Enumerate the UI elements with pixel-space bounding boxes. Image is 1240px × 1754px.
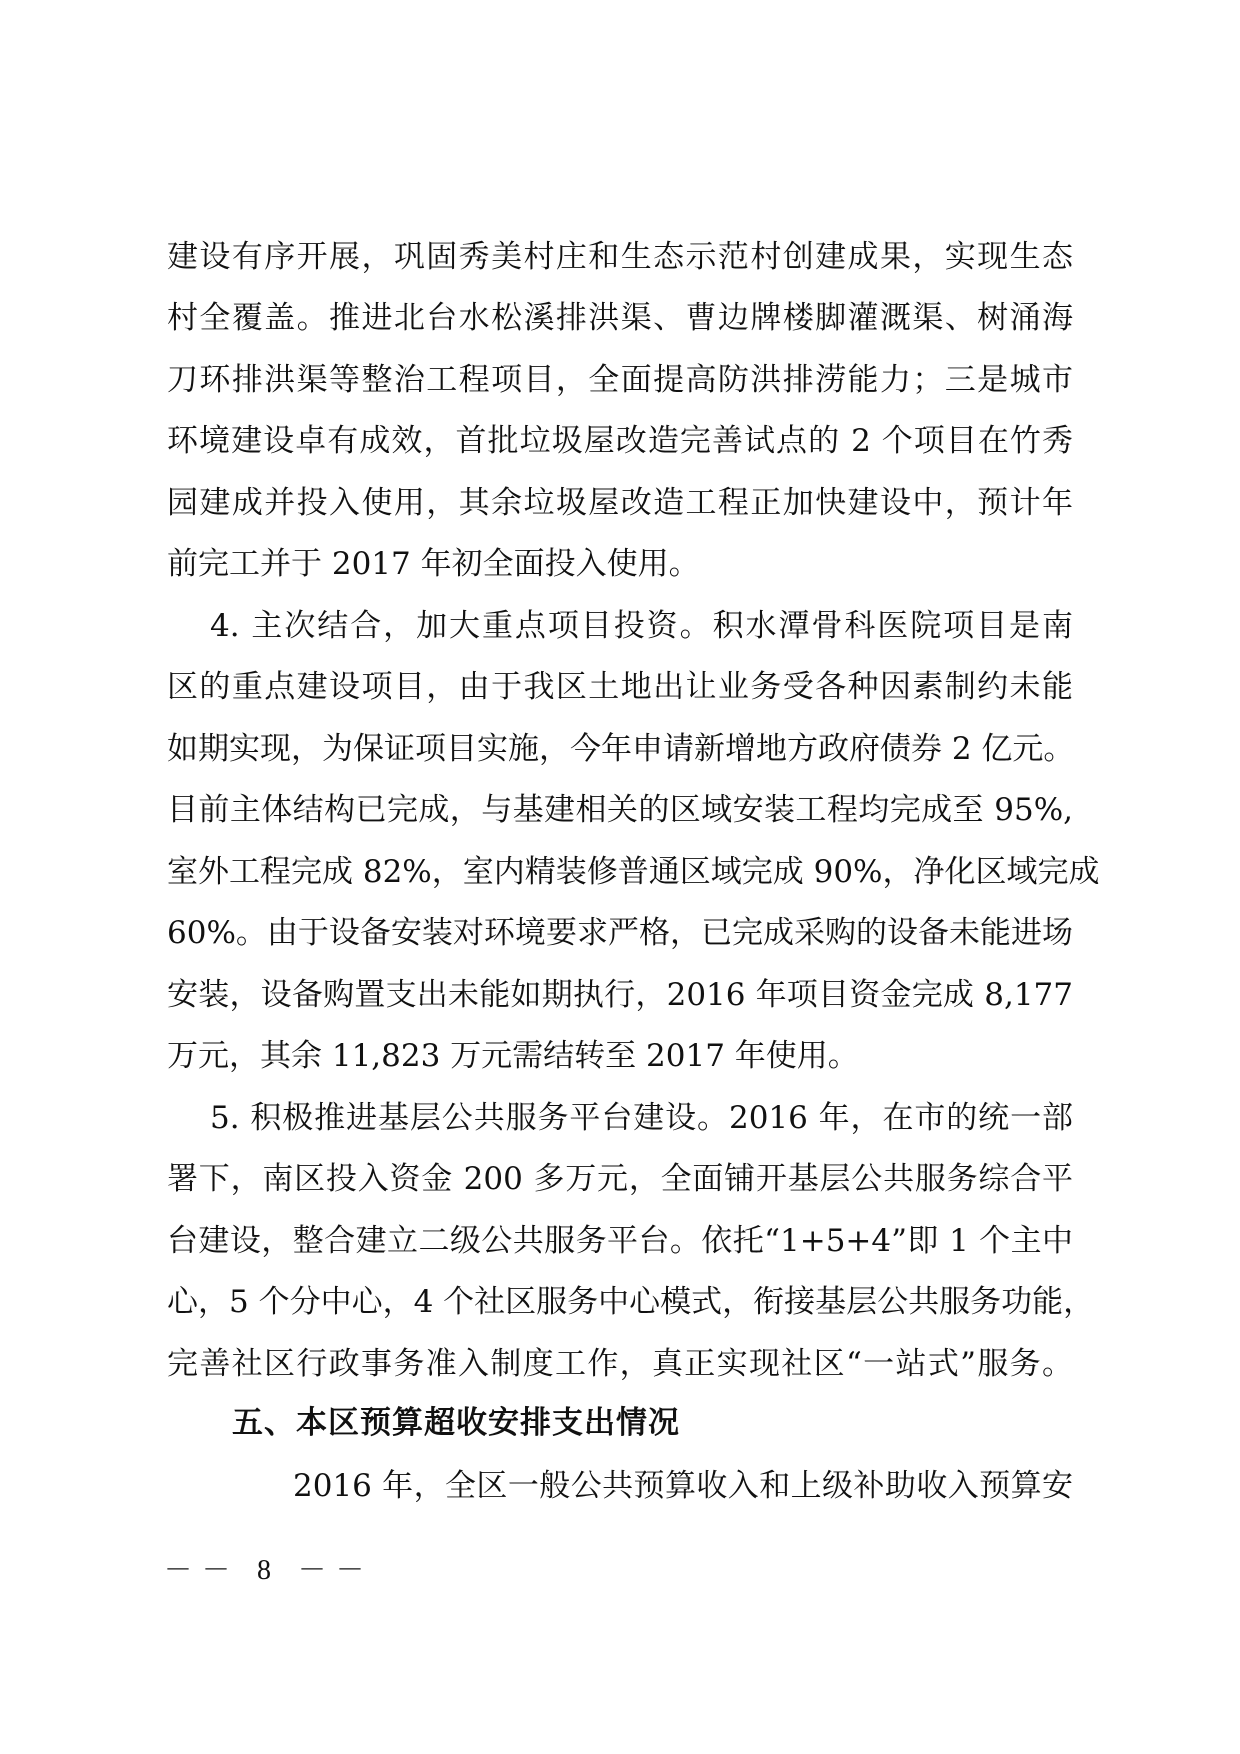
text-line: 区的重点建设项目，由于我区土地出让业务受各种因素制约未能 <box>167 667 1073 707</box>
text-line: 万元，其余 11,823 万元需结转至 2017 年使用。 <box>167 1036 1073 1076</box>
document-page: 建设有序开展，巩固秀美村庄和生态示范村创建成果，实现生态 村全覆盖。推进北台水松… <box>0 0 1240 1754</box>
text-line: 园建成并投入使用，其余垃圾屋改造工程正加快建设中，预计年 <box>167 483 1073 523</box>
page-number: －－ 8 －－ <box>164 1556 374 1586</box>
section-heading: 五、本区预算超收安排支出情况 <box>232 1403 680 1443</box>
text-line: 5. 积极推进基层公共服务平台建设。2016 年，在市的统一部 <box>210 1098 1073 1138</box>
text-line: 前完工并于 2017 年初全面投入使用。 <box>167 544 1073 584</box>
text-line: 目前主体结构已完成，与基建相关的区域安装工程均完成至 95%, <box>167 790 1073 830</box>
text-line: 台建设，整合建立二级公共服务平台。依托“1+5+4”即 1 个主中 <box>167 1221 1073 1261</box>
text-line: 2016 年，全区一般公共预算收入和上级补助收入预算安 <box>293 1466 1073 1506</box>
text-line: 如期实现，为保证项目实施，今年申请新增地方政府债券 2 亿元。 <box>167 729 1073 769</box>
text-line: 刀环排洪渠等整治工程项目，全面提高防洪排涝能力；三是城市 <box>167 360 1073 400</box>
text-line: 心，5 个分中心，4 个社区服务中心模式，衔接基层公共服务功能， <box>167 1282 1073 1322</box>
text-line: 安装，设备购置支出未能如期执行，2016 年项目资金完成 8,177 <box>167 975 1073 1015</box>
text-line: 4. 主次结合，加大重点项目投资。积水潭骨科医院项目是南 <box>210 606 1073 646</box>
text-line: 环境建设卓有成效，首批垃圾屋改造完善试点的 2 个项目在竹秀 <box>167 421 1073 461</box>
text-line: 室外工程完成 82%，室内精装修普通区域完成 90%，净化区域完成 <box>167 852 1073 892</box>
text-line: 完善社区行政事务准入制度工作，真正实现社区“一站式”服务。 <box>167 1344 1073 1384</box>
text-line: 60%。由于设备安装对环境要求严格，已完成采购的设备未能进场 <box>167 913 1073 953</box>
text-line: 署下，南区投入资金 200 多万元，全面铺开基层公共服务综合平 <box>167 1159 1073 1199</box>
text-line: 建设有序开展，巩固秀美村庄和生态示范村创建成果，实现生态 <box>167 237 1073 277</box>
text-line: 村全覆盖。推进北台水松溪排洪渠、曹边牌楼脚灌溉渠、树涌海 <box>167 298 1073 338</box>
